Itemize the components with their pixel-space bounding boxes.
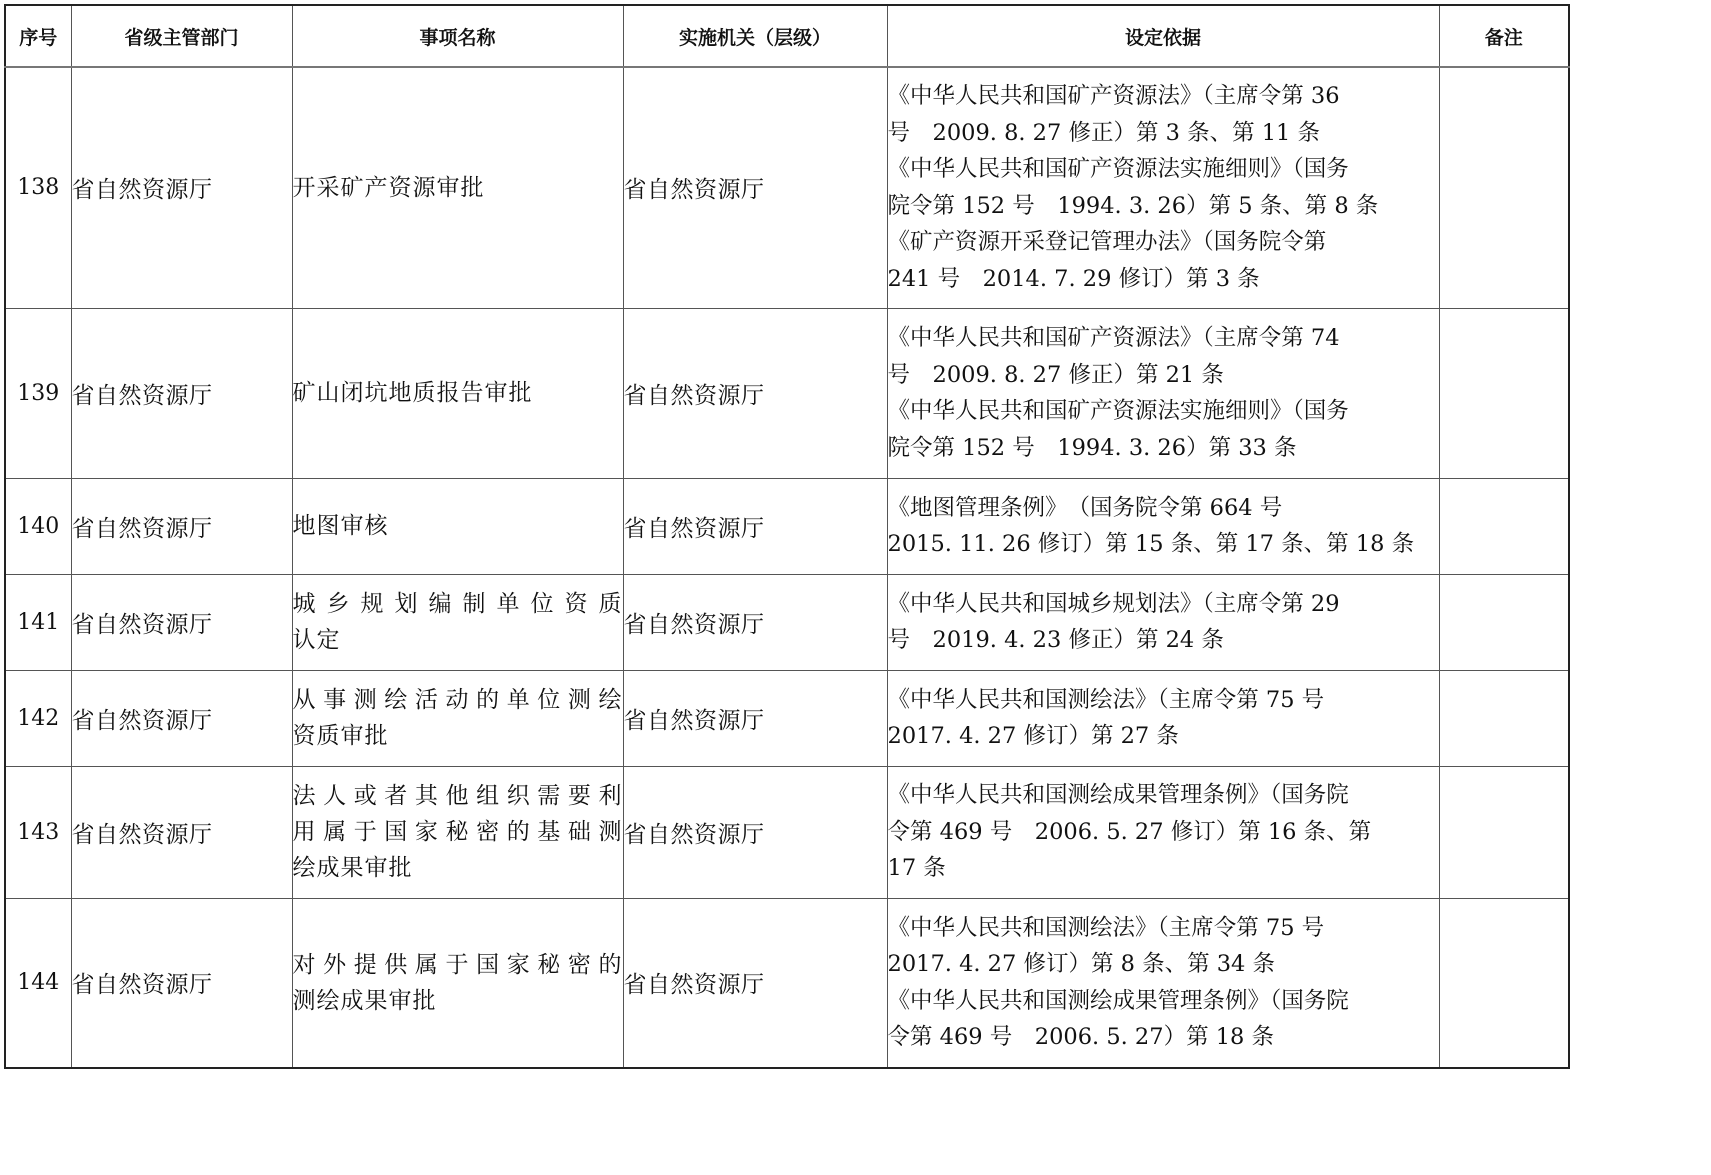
item-line: 开采矿产资源审批 — [293, 170, 623, 206]
cell-org: 省自然资源厅 — [623, 308, 887, 478]
item-line: 法人或者其他组织需要利 — [293, 778, 623, 814]
basis-line: 《地图管理条例》 （国务院令第 664 号 — [888, 490, 1439, 527]
basis-line: 《中华人民共和国测绘法》（主席令第 75 号 — [888, 910, 1439, 947]
cell-index: 140 — [5, 478, 71, 574]
cell-basis: 《中华人民共和国城乡规划法》（主席令第 29号 2019. 4. 23 修正）第… — [887, 574, 1439, 670]
item-line: 地图审核 — [293, 508, 623, 544]
cell-org: 省自然资源厅 — [623, 478, 887, 574]
table-row: 142省自然资源厅从事测绘活动的单位测绘资质审批省自然资源厅《中华人民共和国测绘… — [5, 670, 1569, 766]
basis-line: 令第 469 号 2006. 5. 27）第 18 条 — [888, 1019, 1439, 1056]
basis-line: 《中华人民共和国矿产资源法》（主席令第 36 — [888, 78, 1439, 115]
item-line: 矿山闭坑地质报告审批 — [293, 375, 623, 411]
basis-line: 《中华人民共和国矿产资源法》（主席令第 74 — [888, 320, 1439, 357]
basis-line: 《中华人民共和国矿产资源法实施细则》（国务 — [888, 151, 1439, 188]
item-line: 城乡规划编制单位资质 — [293, 586, 623, 622]
cell-org: 省自然资源厅 — [623, 67, 887, 308]
item-line: 绘成果审批 — [293, 850, 623, 886]
basis-line: 17 条 — [888, 850, 1439, 887]
cell-org: 省自然资源厅 — [623, 574, 887, 670]
basis-line: 《中华人民共和国测绘法》（主席令第 75 号 — [888, 682, 1439, 719]
cell-dept: 省自然资源厅 — [71, 308, 292, 478]
header-note: 备注 — [1439, 5, 1569, 67]
basis-line: 令第 469 号 2006. 5. 27 修订）第 16 条、第 — [888, 814, 1439, 851]
approval-items-table: 序号 省级主管部门 事项名称 实施机关（层级） 设定依据 备注 138省自然资源… — [4, 4, 1570, 1069]
cell-note — [1439, 67, 1569, 308]
cell-index: 143 — [5, 766, 71, 898]
cell-index: 142 — [5, 670, 71, 766]
cell-note — [1439, 898, 1569, 1068]
cell-note — [1439, 670, 1569, 766]
cell-note — [1439, 574, 1569, 670]
cell-item: 从事测绘活动的单位测绘资质审批 — [292, 670, 623, 766]
basis-line: 《中华人民共和国测绘成果管理条例》（国务院 — [888, 983, 1439, 1020]
cell-basis: 《中华人民共和国测绘法》（主席令第 75 号2017. 4. 27 修订）第 8… — [887, 898, 1439, 1068]
cell-index: 144 — [5, 898, 71, 1068]
table-row: 139省自然资源厅矿山闭坑地质报告审批省自然资源厅《中华人民共和国矿产资源法》（… — [5, 308, 1569, 478]
item-line: 从事测绘活动的单位测绘 — [293, 682, 623, 718]
item-line: 对外提供属于国家秘密的 — [293, 947, 623, 983]
basis-line: 院令第 152 号 1994. 3. 26）第 33 条 — [888, 430, 1439, 467]
basis-line: 241 号 2014. 7. 29 修订）第 3 条 — [888, 261, 1439, 298]
cell-item: 对外提供属于国家秘密的测绘成果审批 — [292, 898, 623, 1068]
header-dept: 省级主管部门 — [71, 5, 292, 67]
item-line: 资质审批 — [293, 718, 623, 754]
table-body: 138省自然资源厅开采矿产资源审批省自然资源厅《中华人民共和国矿产资源法》（主席… — [5, 67, 1569, 1068]
basis-line: 《矿产资源开采登记管理办法》（国务院令第 — [888, 224, 1439, 261]
cell-basis: 《地图管理条例》 （国务院令第 664 号2015. 11. 26 修订）第 1… — [887, 478, 1439, 574]
header-index: 序号 — [5, 5, 71, 67]
table-row: 144省自然资源厅对外提供属于国家秘密的测绘成果审批省自然资源厅《中华人民共和国… — [5, 898, 1569, 1068]
cell-note — [1439, 478, 1569, 574]
cell-basis: 《中华人民共和国矿产资源法》（主席令第 36号 2009. 8. 27 修正）第… — [887, 67, 1439, 308]
cell-item: 法人或者其他组织需要利用属于国家秘密的基础测绘成果审批 — [292, 766, 623, 898]
basis-line: 号 2009. 8. 27 修正）第 21 条 — [888, 357, 1439, 394]
basis-line: 2017. 4. 27 修订）第 27 条 — [888, 718, 1439, 755]
cell-org: 省自然资源厅 — [623, 766, 887, 898]
basis-line: 《中华人民共和国测绘成果管理条例》（国务院 — [888, 777, 1439, 814]
table-row: 143省自然资源厅法人或者其他组织需要利用属于国家秘密的基础测绘成果审批省自然资… — [5, 766, 1569, 898]
cell-basis: 《中华人民共和国测绘成果管理条例》（国务院令第 469 号 2006. 5. 2… — [887, 766, 1439, 898]
cell-item: 开采矿产资源审批 — [292, 67, 623, 308]
cell-note — [1439, 308, 1569, 478]
cell-note — [1439, 766, 1569, 898]
cell-index: 141 — [5, 574, 71, 670]
basis-line: 院令第 152 号 1994. 3. 26）第 5 条、第 8 条 — [888, 188, 1439, 225]
table-row: 141省自然资源厅城乡规划编制单位资质认定省自然资源厅《中华人民共和国城乡规划法… — [5, 574, 1569, 670]
cell-item: 城乡规划编制单位资质认定 — [292, 574, 623, 670]
cell-dept: 省自然资源厅 — [71, 67, 292, 308]
cell-basis: 《中华人民共和国测绘法》（主席令第 75 号2017. 4. 27 修订）第 2… — [887, 670, 1439, 766]
cell-dept: 省自然资源厅 — [71, 574, 292, 670]
basis-line: 《中华人民共和国城乡规划法》（主席令第 29 — [888, 586, 1439, 623]
basis-line: 2015. 11. 26 修订）第 15 条、第 17 条、第 18 条 — [888, 526, 1439, 563]
header-basis: 设定依据 — [887, 5, 1439, 67]
cell-basis: 《中华人民共和国矿产资源法》（主席令第 74号 2009. 8. 27 修正）第… — [887, 308, 1439, 478]
table-row: 140省自然资源厅地图审核省自然资源厅《地图管理条例》 （国务院令第 664 号… — [5, 478, 1569, 574]
item-line: 用属于国家秘密的基础测 — [293, 814, 623, 850]
item-line: 认定 — [293, 622, 623, 658]
header-item: 事项名称 — [292, 5, 623, 67]
cell-index: 138 — [5, 67, 71, 308]
cell-dept: 省自然资源厅 — [71, 766, 292, 898]
header-row: 序号 省级主管部门 事项名称 实施机关（层级） 设定依据 备注 — [5, 5, 1569, 67]
item-line: 测绘成果审批 — [293, 983, 623, 1019]
cell-org: 省自然资源厅 — [623, 670, 887, 766]
basis-line: 《中华人民共和国矿产资源法实施细则》（国务 — [888, 393, 1439, 430]
basis-line: 2017. 4. 27 修订）第 8 条、第 34 条 — [888, 946, 1439, 983]
basis-line: 号 2009. 8. 27 修正）第 3 条、第 11 条 — [888, 115, 1439, 152]
cell-dept: 省自然资源厅 — [71, 670, 292, 766]
cell-dept: 省自然资源厅 — [71, 478, 292, 574]
table-row: 138省自然资源厅开采矿产资源审批省自然资源厅《中华人民共和国矿产资源法》（主席… — [5, 67, 1569, 308]
cell-index: 139 — [5, 308, 71, 478]
basis-line: 号 2019. 4. 23 修正）第 24 条 — [888, 622, 1439, 659]
cell-item: 矿山闭坑地质报告审批 — [292, 308, 623, 478]
header-org: 实施机关（层级） — [623, 5, 887, 67]
cell-org: 省自然资源厅 — [623, 898, 887, 1068]
cell-dept: 省自然资源厅 — [71, 898, 292, 1068]
cell-item: 地图审核 — [292, 478, 623, 574]
